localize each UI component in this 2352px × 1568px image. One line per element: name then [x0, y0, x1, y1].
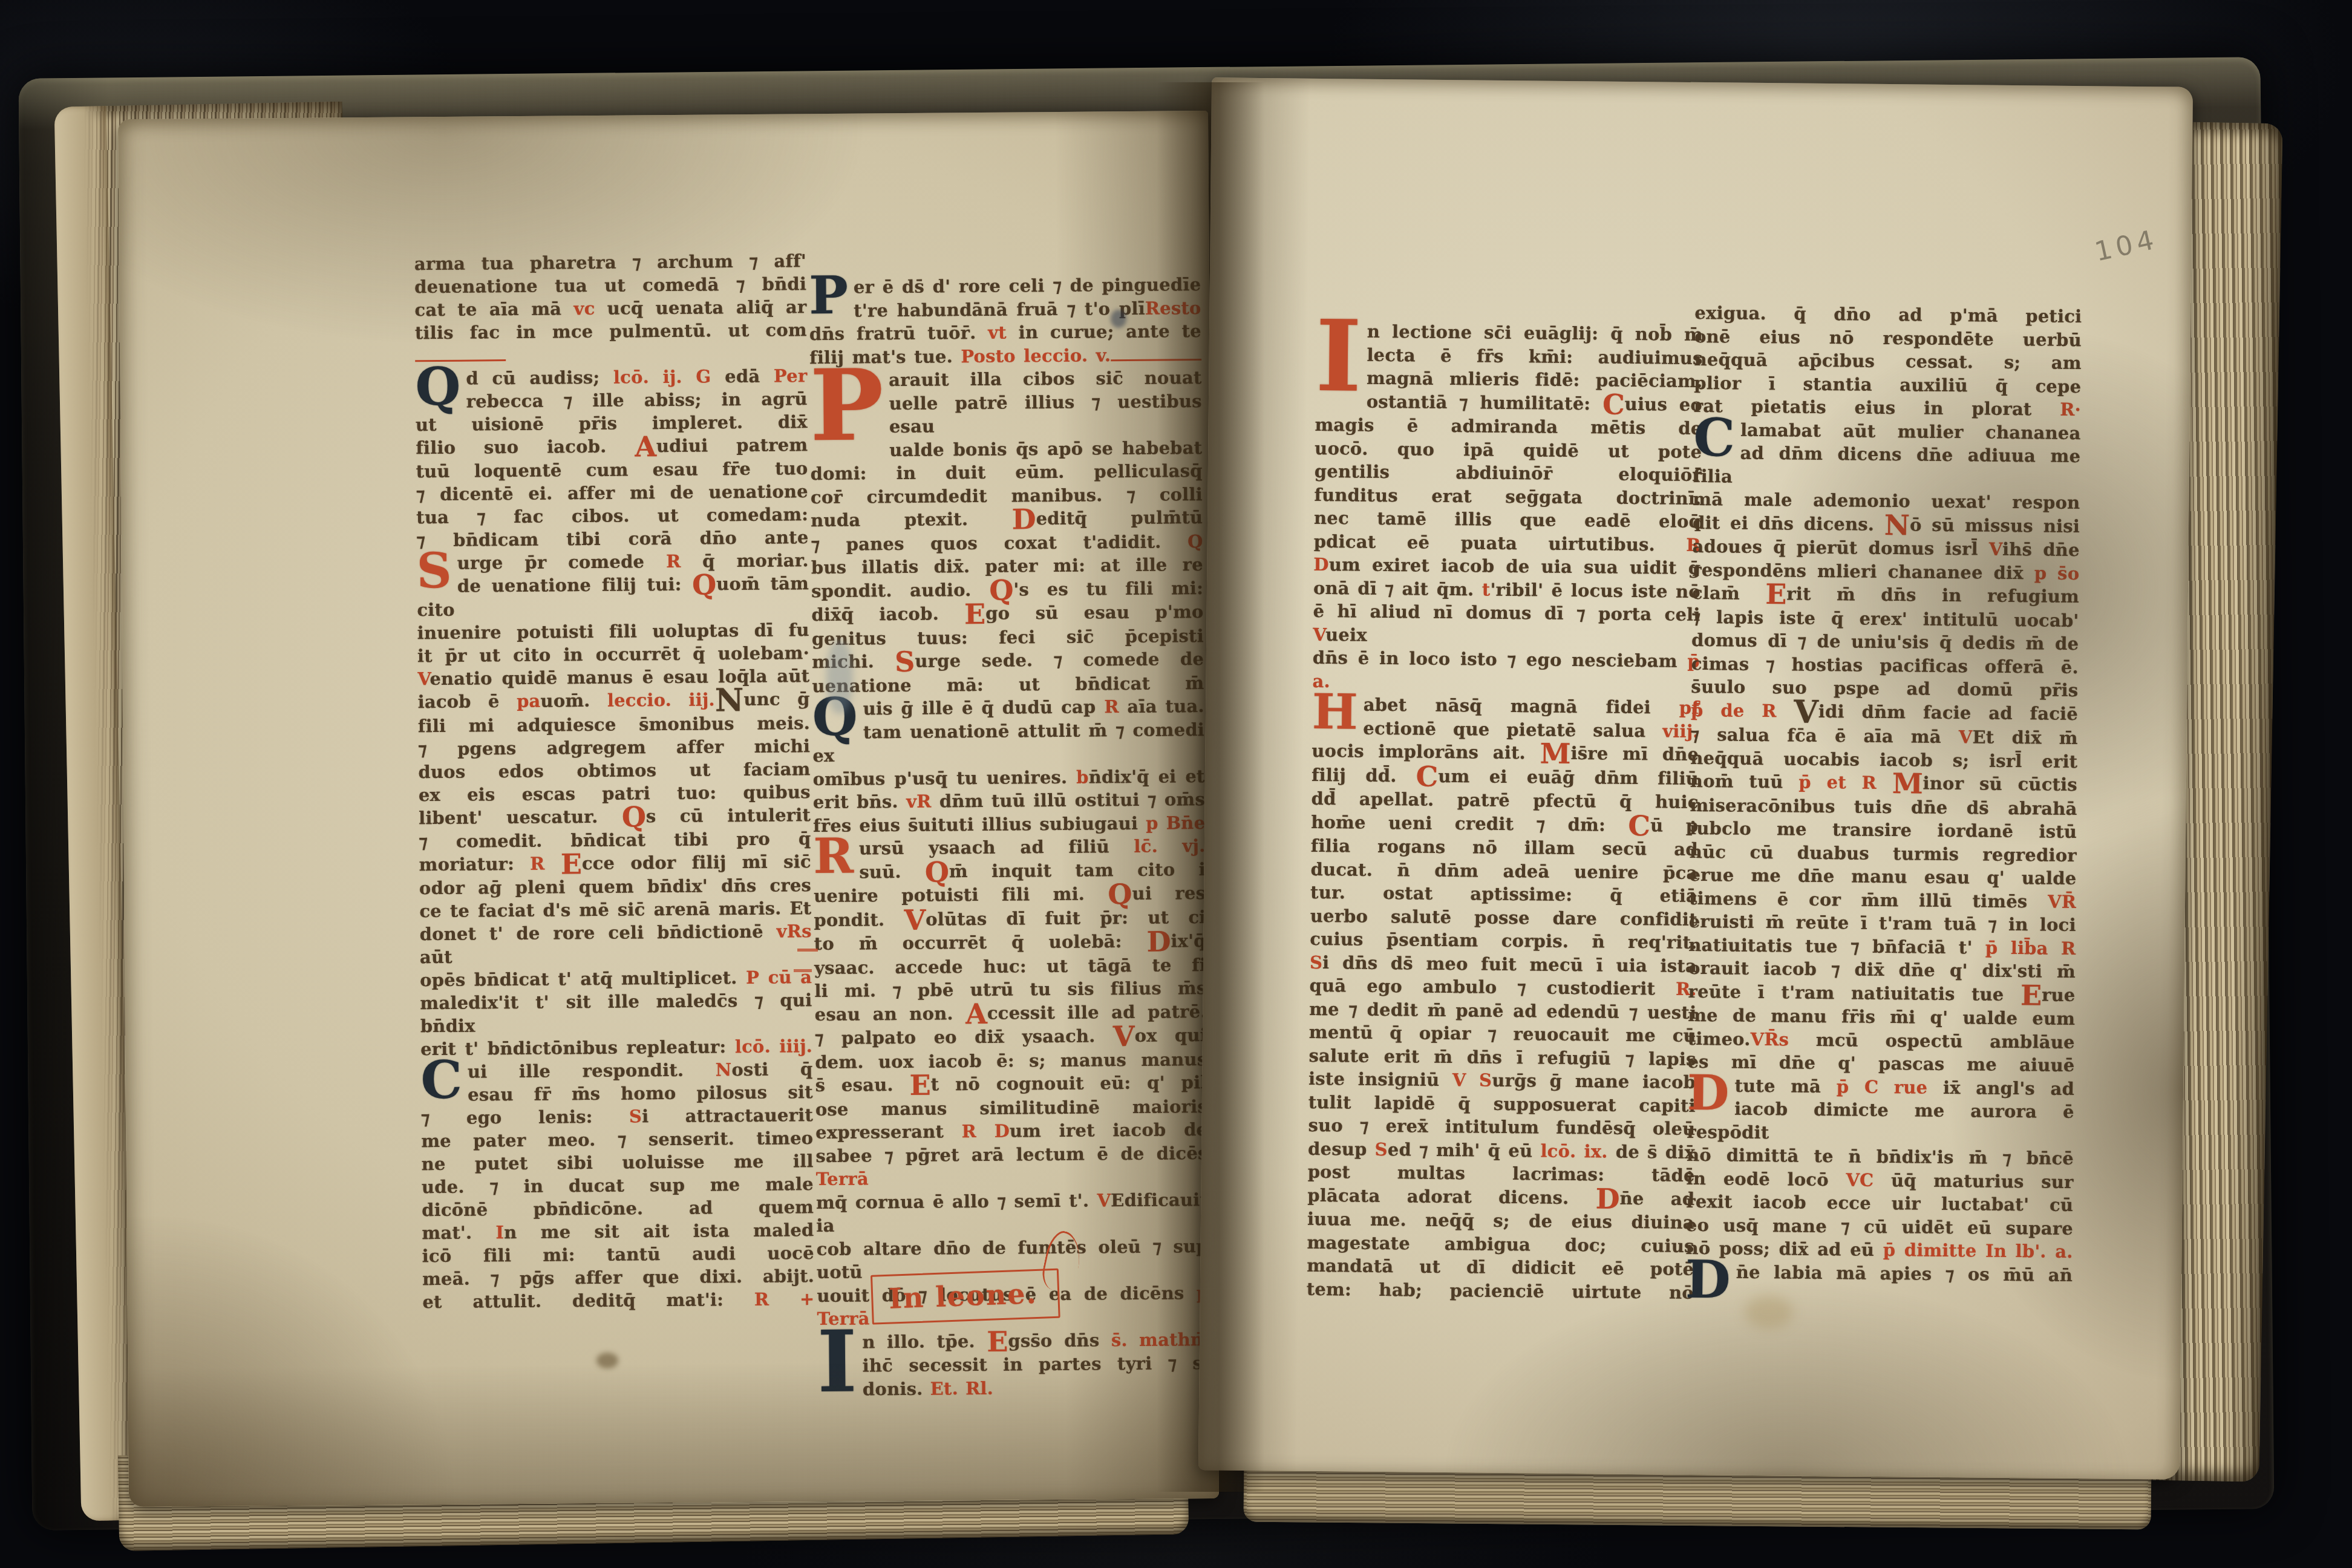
manuscript-line: cuius p̄sentiam corpis. n̄ req'rit.	[1310, 927, 1697, 955]
rubric-text: V	[417, 668, 430, 689]
body-text	[1927, 1077, 1943, 1097]
body-text: dn̄s ē in loco isto ⁊ ego nesciebam	[1313, 647, 1688, 671]
manuscript-line: Dn̄e labia mā apies ⁊ os m̄ū an̄	[1685, 1259, 2073, 1287]
manuscript-line: plācata adorat dicens. Dn̄e ad	[1307, 1183, 1694, 1211]
initial-letter: Q	[812, 697, 858, 742]
manuscript-line: adoues q̄ pierūt domus isrl̄ Vihs̄ dn̄e	[1692, 535, 2079, 562]
manuscript-line: opēs bn̄dicat t' atq̄ multiplicet. P cū …	[420, 965, 812, 991]
manuscript-line: ectionē que pietatē salua viij.	[1312, 716, 1699, 743]
body-text: me ⁊ dedit m̄ panē ad edendū ⁊ uesti	[1309, 998, 1696, 1022]
body-text: s cū intulerit	[646, 805, 811, 826]
body-text: filij dd̄.	[1312, 764, 1416, 786]
manuscript-line: rat pietatis eius in plorat R·	[1694, 394, 2081, 422]
initial-letter: P	[809, 368, 884, 459]
body-text: ⁊ dicentē ei. affer mi de uenatione	[416, 481, 808, 505]
body-text: rebecca ⁊ ille abiss; in agrū	[466, 388, 807, 411]
body-text: suū.	[859, 861, 925, 882]
manuscript-line: desup Sed ⁊ mih' q̄ eū lcō. ix. de s̄ di…	[1308, 1137, 1695, 1164]
body-text: deuenatione tua ut comedā ⁊ bn̄di	[414, 273, 806, 297]
body-text: ⁊ ego lenis:	[421, 1106, 629, 1129]
body-text: erit t' bn̄dictōnibus repleatur:	[420, 1036, 735, 1059]
manuscript-line: salute erit m̄ dn̄s ī refugiū ⁊ lapis	[1308, 1044, 1696, 1071]
manuscript-line: rexit iacob ecce uir luctabat' cū	[1686, 1190, 2073, 1217]
manuscript-line: quā ego ambulo ⁊ custodierit R.	[1310, 974, 1697, 1001]
catchword: In leone.	[871, 1269, 1060, 1325]
body-text: ursū ysaach ad filiū	[859, 836, 1134, 859]
initial-letter: Q	[692, 568, 717, 601]
manuscript-line: magnā mlieris fidē: paciēciam.	[1315, 366, 1702, 393]
body-text: cce odor filij mī sic̄	[582, 851, 811, 874]
rubric-text: Q	[1187, 531, 1203, 552]
rubric-text: V	[1959, 727, 1973, 747]
right-page-column-1: In lectione sc̄i euāglij: q̄ nob̄ m̄lect…	[1307, 319, 1704, 1304]
body-text: uenatione mā: ut bn̄dicat m̄	[812, 673, 1204, 696]
manuscript-line: iacob dimicte me aurora ē respōdit	[1687, 1097, 2074, 1147]
rubric-text: p s̄o	[2034, 563, 2080, 584]
manuscript-line: tilis fac in mce pulmentū. ut com	[415, 318, 808, 367]
manuscript-line: filij mat's tue. Posto leccio. v.	[809, 343, 1201, 370]
body-text: urge sede. ⁊ comede de	[915, 648, 1204, 671]
rubric-text: Per	[774, 365, 808, 386]
body-text: 'ribil' ē locus iste nō	[1490, 579, 1700, 601]
manuscript-line: magestate ambigua doc; cuius	[1307, 1230, 1694, 1258]
body-text: lamabat aūt mulier chananea	[1740, 419, 2081, 443]
body-text: ihc̄ secessit in partes tyri ⁊ si	[863, 1353, 1210, 1376]
manuscript-line: tuū loquentē cum esau fr̄e tuo	[416, 457, 808, 483]
body-text: tilis fac in mce pulmentū. ut com	[415, 319, 807, 343]
body-text: uom̄.	[540, 690, 607, 711]
manuscript-line: et attulit. deditq̄ mat'i: R +	[422, 1287, 814, 1313]
manuscript-line: ihc̄ secessit in partes tyri ⁊ si	[817, 1351, 1209, 1378]
body-text: t're habundānā fruā ⁊ t'o plī	[854, 298, 1145, 321]
manuscript-line: nec tamē illis que eadē eloq̄	[1314, 506, 1701, 534]
body-text: tua ⁊ fac cibos. ut comedam:	[416, 504, 808, 528]
body-text: urḡs ḡ mane iacob	[1492, 1070, 1696, 1093]
manuscript-line: plior ī stantia auxiliū q̄ cepe	[1694, 371, 2081, 398]
body-text: osti q̄	[731, 1059, 812, 1080]
body-text: eo usq̄ mane ⁊ cū uidēt eū supare	[1686, 1214, 2073, 1238]
manuscript-line: tua ⁊ fac cibos. ut comedam:	[416, 503, 808, 529]
manuscript-line: respondēns mlieri chananee dix̄ p s̄o	[1692, 558, 2079, 585]
body-text: er ē ds̄ d' rore celi ⁊ de pinguedīe	[854, 274, 1201, 298]
body-text	[1466, 1070, 1479, 1090]
rubric-text: vc	[573, 298, 595, 319]
rubric-text: V	[1313, 624, 1325, 644]
manuscript-line: neq̄quā uocabis iacob s; isrl̄ erit	[1690, 746, 2077, 773]
manuscript-line: timeo.VR̄s mcū ospectū amblāue	[1688, 1027, 2075, 1054]
manuscript-line: it p̄r ut cito in occurrēt q̄ uolebam·	[417, 641, 809, 667]
body-text: aūt	[420, 947, 452, 967]
initial-letter: I	[1315, 319, 1362, 410]
manuscript-line: dit ei dn̄s dicens. Nō sū missus nisi	[1693, 511, 2080, 538]
body-text: go sū esau p'mo	[985, 601, 1204, 624]
body-text: m̄ inquit tam cito i	[949, 859, 1206, 881]
manuscript-line: esau an non. Accessit ille ad patrē.	[815, 1000, 1207, 1027]
body-text: fili mi adquiesce s̄monibus meis.	[418, 713, 810, 736]
manuscript-line: uenire potuisti fili mi. Qui res	[814, 881, 1206, 909]
right-manuscript-page: 104 In lectione sc̄i euāglij: q̄ nob̄ m̄…	[1198, 77, 2193, 1479]
manuscript-line: Parauit illa cibos sic̄ nouat	[809, 366, 1201, 393]
body-text: to m̄ occurrēt q̄ uolebā:	[814, 931, 1147, 954]
body-text: idi dn̄m facie ad faciē	[1818, 701, 2079, 724]
manuscript-line: mentū q̄ opiar ⁊ reuocauit me cū	[1309, 1021, 1696, 1048]
rubric-text: R·	[2060, 399, 2081, 420]
rubric-text: V	[1452, 1070, 1466, 1090]
manuscript-line: ad dn̄m dicens dn̄e adiuua me filia	[1693, 441, 2081, 491]
manuscript-line: uerbo salutē posse dare confidit	[1310, 904, 1697, 931]
body-text: natiuitatis tue ⁊ bn̄faciā t'	[1688, 934, 1985, 958]
rubric-text: S	[629, 1106, 642, 1126]
body-text: icō fili mi: tantū audi uocē	[422, 1243, 814, 1266]
rubric-text: vRs	[777, 921, 812, 941]
manuscript-line: cor̄ circumdedit manibus. ⁊ colli	[811, 483, 1203, 509]
body-text: eruisti m̄ reūte ī t'ram tuā ⁊ in loci	[1689, 911, 2076, 935]
rubric-text: P cū a	[746, 967, 812, 988]
manuscript-line: omībus p'usq̄ tu uenires. bn̄dix'q̄ ei e…	[812, 765, 1204, 791]
body-text	[1976, 1240, 1985, 1261]
rubric-text: S	[1479, 1070, 1492, 1091]
manuscript-line: nūc cū duabus turmis regredior	[1690, 840, 2077, 867]
body-text: es mī dn̄e q' pascas me aiuuē	[1687, 1051, 2074, 1076]
body-text	[1777, 701, 1794, 721]
manuscript-line: nō dimittā te n̄ bn̄dix'is m̄ ⁊ bn̄cē	[1687, 1143, 2074, 1171]
manuscript-line: rebecca ⁊ ille abiss; in agrū	[416, 387, 808, 413]
manuscript-line: ⁊ palpato eo dix̄ ysaach. Vox qui	[815, 1024, 1207, 1051]
body-text: iacob dimicte me aurora ē respōdit	[1687, 1099, 2074, 1143]
body-text: pondit.	[814, 909, 904, 930]
initial-letter: H	[1312, 693, 1358, 736]
manuscript-line: dicōnē pbn̄dicōne. ad quem	[422, 1195, 814, 1221]
body-text: ui res	[1132, 883, 1206, 904]
rubric-text: Et. Rl.	[930, 1377, 994, 1399]
body-text: uius eo	[1625, 393, 1703, 414]
manuscript-line: cat te aīa mā vc ucq̄ uenata aliq̄ ar	[414, 295, 806, 321]
rubric-text: VR̄s	[1750, 1028, 1789, 1050]
body-text: ō sū missus nisi	[1910, 514, 2080, 537]
initial-letter: Q	[415, 367, 460, 411]
right-page-column-2: exigua. q̄ dn̄o ad p'mā peticionē eius n…	[1685, 301, 2082, 1307]
left-manuscript-page: arma tua pharetra ⁊ archum ⁊ aff'deuenat…	[118, 111, 1219, 1507]
manuscript-line: me pater meo. ⁊ senserit. timeo	[421, 1126, 813, 1152]
manuscript-line: suo ⁊ erex̄ intitulum fundēsq̄ oleū	[1308, 1114, 1695, 1141]
manuscript-line: ose manus similitudinē maioris	[815, 1095, 1207, 1122]
manuscript-line: ne putet sibi uoluisse me ill	[421, 1149, 813, 1175]
body-text: donet t' de rore celi bn̄dictionē	[419, 921, 776, 945]
body-text: in eodē locō	[1686, 1168, 1846, 1190]
body-text: salute erit m̄ dn̄s ī refugiū ⁊ lapis	[1308, 1045, 1696, 1069]
body-text: michi.	[812, 651, 895, 672]
rubric-text: vR	[906, 791, 932, 812]
body-text: nūc cū duabus turmis regredior	[1690, 841, 2077, 865]
rubric-text: N	[716, 1059, 732, 1080]
body-text: post multas lacrimas: tādē	[1308, 1161, 1695, 1186]
rubric-text: VC	[1846, 1169, 1873, 1190]
body-text: me pater meo. ⁊ senserit. timeo	[421, 1128, 813, 1151]
body-text: uenire potuisti fili mi.	[814, 883, 1108, 906]
manuscript-line: In illo. tp̄e. Egss̄o dn̄s s̄. mathm̄	[817, 1328, 1209, 1355]
body-text: ix̄ angl's ad	[1943, 1077, 2074, 1099]
body-text	[1877, 773, 1892, 793]
manuscript-line: tulit lapidē q̄ supposuerat capiti	[1308, 1090, 1696, 1117]
photo-background: { "page_number": "104", "colors": { "bac…	[0, 0, 2352, 1568]
rubric-text: leccio. iij.	[607, 689, 715, 710]
body-text: ⁊ panes quos coxat t'adidit.	[811, 531, 1187, 555]
body-text: rue	[2042, 984, 2076, 1005]
manuscript-line: dn̄s fratrū tuōr̄. vt in curue; ante te	[809, 319, 1201, 346]
body-text: timens ē cor m̄m illū timēs	[1689, 887, 2048, 912]
manuscript-line: ce te faciat d's mē sic̄ arenā maris. Et	[419, 897, 811, 923]
manuscript-line: iacob ē pauom̄. leccio. iij.Nunc ḡ	[417, 687, 809, 714]
manuscript-line: In lectione sc̄i euāglij: q̄ nob̄ m̄	[1316, 319, 1703, 347]
body-text: funditus erat seḡgata doctrinī.	[1314, 484, 1701, 508]
body-text: domi: in duit eūm. pelliculasq̄	[811, 460, 1203, 484]
body-text: n me sit ait ista maled	[504, 1220, 814, 1243]
body-text: 's es tu fili mi:	[1013, 578, 1203, 599]
manuscript-line: dem. uox iacob ē: s; manus manus	[815, 1048, 1207, 1074]
manuscript-line: fr̄es eius s̄uituti illius subiugaui p B…	[813, 811, 1205, 838]
initial-letter: D	[1685, 1259, 1731, 1304]
manuscript-line: pdicat eē puata uirtutibus. R	[1314, 529, 1701, 557]
manuscript-line: ⁊ ego lenis: Si attractauerit	[421, 1103, 813, 1129]
manuscript-line: deuenatione tua ut comedā ⁊ bn̄di	[414, 272, 806, 298]
manuscript-line: gentilis abdiuinōr̄ eloquiōr̄	[1315, 460, 1702, 487]
body-text: adoues q̄ pierūt domus isrl̄	[1693, 536, 1990, 560]
manuscript-line: Per ē ds̄ d' rore celi ⁊ de pinguedīe	[809, 273, 1201, 299]
manuscript-line: natiuitatis tue ⁊ bn̄faciā t' p̄ lib̄a R	[1688, 933, 2076, 960]
body-text: rexit iacob ecce uir luctabat' cū	[1686, 1191, 2073, 1215]
manuscript-line: domi: in duit eūm. pelliculasq̄	[811, 459, 1203, 486]
page-number: 104	[2092, 224, 2161, 267]
manuscript-line: Cui ille respondit. Nosti q̄	[420, 1057, 812, 1083]
manuscript-line: onē eius nō respondēte uerbū	[1694, 324, 2082, 351]
body-text: ucq̄ uenata aliq̄ ar	[595, 296, 806, 319]
manuscript-line: uocō. quo ipā quidē ut pote	[1315, 436, 1702, 463]
manuscript-line: domus dī ⁊ de uniu'sis q̄ dedis m̄ de	[1691, 629, 2079, 656]
manuscript-line: nuda ptexit. Deditq̄ pulm̄tū	[811, 506, 1203, 533]
body-text: donis.	[863, 1378, 930, 1399]
body-text: onē eius nō respondēte uerbū	[1694, 325, 2082, 350]
body-text: ne putet sibi uoluisse me ill	[421, 1151, 813, 1174]
body-text: esau an non.	[815, 1003, 966, 1025]
manuscript-line: hom̄e ueni credit ⁊ dm̄: Cū p	[1311, 810, 1698, 838]
body-text: quā ego ambulo ⁊ custodierit	[1310, 975, 1676, 999]
body-text: ducat. n̄ dn̄m adeā uenire p̄ca	[1310, 858, 1697, 883]
initial-letter: P	[809, 276, 848, 320]
body-text	[976, 1121, 995, 1142]
manuscript-line: erit bn̄s. vR dn̄m tuū illū ostitui ⁊ om…	[813, 788, 1205, 814]
manuscript-line: ⁊ pgens adgregem affer michi	[418, 734, 810, 760]
body-text: ūq̄ maturius sur	[1873, 1169, 2073, 1192]
body-text: dn̄m tuū illū ostitui ⁊ om̄s	[931, 789, 1205, 812]
body-text: lecta ē fr̄s km̄i: audiuimus	[1367, 344, 1703, 368]
body-text: omībus p'usq̄ tu uenires.	[812, 766, 1076, 789]
manuscript-line: sabee ⁊ pḡret arā lectum ē de dicēs Terr…	[815, 1142, 1208, 1191]
left-page-column-2: Per ē ds̄ d' rore celi ⁊ de pinguedīet'r…	[809, 273, 1210, 1401]
manuscript-line: exigua. q̄ dn̄o ad p'mā petici	[1694, 301, 2082, 328]
body-text: in curue; ante te	[1007, 321, 1201, 343]
rubric-text: vt	[988, 322, 1007, 343]
body-text: plior ī stantia auxiliū q̄ cepe	[1694, 372, 2081, 396]
body-text: tur. ostat aptissime: q̄ etiā	[1310, 882, 1697, 906]
manuscript-line: moriatur: R Ecce odor filij mī sic̄	[419, 850, 811, 877]
body-text: uis ḡ ille ē q̄ dudū cap	[863, 696, 1104, 719]
body-text: miseracōnibus tuis dn̄e ds̄ abrahā	[1690, 794, 2077, 818]
body-text: um ei euāḡ dn̄m filiū	[1438, 765, 1699, 788]
body-text: iuua me. neq̄q̄ s; de eius diuina	[1307, 1209, 1694, 1233]
rubric-text: Terrā	[816, 1168, 869, 1189]
body-text: magis ē admiranda mētis de	[1315, 414, 1702, 439]
manuscript-line: t're habundānā fruā ⁊ t'o plīResto	[809, 296, 1201, 323]
manuscript-line: tute mā p̄ C rue Dix̄ angl's ad	[1687, 1073, 2074, 1100]
rubric-text: Resto	[1145, 298, 1201, 319]
body-text: aīa tua.	[1119, 696, 1204, 717]
body-text: filia rogans nō illam secū ad	[1311, 835, 1698, 860]
body-text: esau fr̄ m̄s homo pilosus sit	[468, 1082, 813, 1105]
manuscript-line: p̄ de R Vidi dn̄m facie ad faciē	[1691, 698, 2078, 727]
body-text: tam uenationē attulit m̄ ⁊ comedi ex	[812, 719, 1204, 766]
body-text: nec tamē illis que eadē eloq̄	[1314, 508, 1701, 532]
body-text: uelle patrē illius ⁊ uestibus esau	[889, 391, 1201, 437]
body-text: is̄re mī dn̄e	[1570, 743, 1699, 765]
body-text: inuenire potuisti fili uoluptas dī fu	[417, 619, 809, 643]
body-text: s̄uulo suo pspe ad domū pr̄is	[1691, 676, 2078, 701]
manuscript-line: in eodē locō VC ūq̄ maturius sur	[1686, 1166, 2073, 1194]
body-text: hom̄e ueni credit ⁊ dm̄:	[1311, 811, 1628, 835]
rubric-text: p̄ C rue	[1837, 1076, 1928, 1097]
body-text: nom̄ tuū	[1690, 771, 1799, 792]
body-text: unc ḡ	[743, 688, 810, 710]
manuscript-line: li mi. ⁊ pbē utrū tu sis filius m̄s	[814, 976, 1206, 1003]
body-text: plācata adorat dicens.	[1307, 1184, 1596, 1208]
rubric-text: V	[1097, 1190, 1111, 1210]
manuscript-line: icō fili mi: tantū audi uocē	[422, 1241, 814, 1267]
body-text: clam̄	[1692, 583, 1766, 604]
manuscript-line: ē hī aliud nī domus dī ⁊ porta celi Vuei…	[1313, 599, 1700, 650]
body-text: expresserant	[815, 1121, 962, 1143]
manuscript-line: spondit. audio. Q's es tu fili mi:	[811, 577, 1203, 604]
body-text: i dn̄s ds̄ meo fuit mecū ī uia ista	[1322, 952, 1697, 976]
rubric-text: Posto leccio. v.	[961, 345, 1111, 367]
manuscript-line: ⁊ comedit. bn̄dicat tibi pro q̄	[419, 827, 811, 853]
body-text: ē hī aliud nī domus dī ⁊ porta celi	[1313, 601, 1700, 625]
manuscript-line: miseracōnibus tuis dn̄e ds̄ abrahā	[1690, 793, 2077, 820]
body-text: onā dī ⁊ ait q̄m.	[1313, 577, 1482, 599]
body-text: i attractauerit	[642, 1105, 813, 1126]
manuscript-line: filij dd̄. Cum ei euāḡ dn̄m filiū	[1312, 763, 1699, 791]
rubric-text: lcō. ix.	[1540, 1140, 1607, 1161]
body-text: nuda ptexit.	[811, 509, 1012, 531]
manuscript-line: lecta ē fr̄s km̄i: audiuimus	[1316, 342, 1703, 370]
body-text: reūte ī t'ram natiuitatis tue	[1688, 981, 2020, 1004]
rubric-underline	[415, 350, 506, 362]
initial-letter: I	[817, 1330, 857, 1399]
initial-letter: S	[417, 552, 452, 594]
manuscript-line: clam̄ Erit m̄ dn̄s in refugium	[1692, 581, 2079, 609]
left-page-column-1: arma tua pharetra ⁊ archum ⁊ aff'deuenat…	[414, 249, 815, 1313]
body-text: orauit iacob ⁊ dix̄ dn̄e q' dix'sti m̄	[1688, 958, 2076, 982]
body-text: t nō cognouit eū: q' pil	[931, 1072, 1207, 1095]
body-text: enatio quidē manus ē esau loq̄la aūt	[430, 665, 809, 689]
body-text: dix̄q̄ iacob.	[811, 603, 964, 625]
body-text: um iret iacob de	[1010, 1119, 1208, 1142]
body-text: opēs bn̄dicat t' atq̄ multiplicet.	[420, 967, 746, 990]
body-text: magnā mlieris fidē: paciēciam.	[1367, 368, 1703, 391]
rubric-text: pa	[517, 691, 541, 711]
body-text: ad dn̄m dicens dn̄e adiuua me filia	[1693, 443, 2081, 486]
manuscript-line: Clamabat aūt mulier chananea	[1693, 417, 2080, 445]
manuscript-line: ex eis escas patri tuo: quibus	[419, 780, 811, 806]
rubric-text: R +	[754, 1289, 815, 1310]
manuscript-line: Surge p̄r comede R q̄ moriar.	[417, 549, 809, 575]
manuscript-line: uenatione mā: ut bn̄dicat m̄	[812, 671, 1204, 698]
manuscript-line: de uenatione filij tui: Quom̄ tām cito	[417, 572, 809, 621]
body-text: iacob ē	[417, 691, 517, 712]
manuscript-line: iuua me. neq̄q̄ s; de eius diuina	[1307, 1207, 1694, 1235]
body-text: ex eis escas patri tuo: quibus	[419, 782, 811, 805]
manuscript-line: erit t' bn̄dictōnibus repleatur: lcō. ii…	[420, 1034, 812, 1060]
manuscript-line: eo usq̄ mane ⁊ cū uidēt eū supare	[1686, 1213, 2073, 1240]
body-text: ueix	[1325, 624, 1367, 645]
manuscript-line: ude. ⁊ in ducat sup me male	[422, 1172, 814, 1198]
body-text: sabee ⁊ pḡret arā lectum ē de dicēs	[815, 1143, 1207, 1166]
body-text: neq̄quā uocabis iacob s; isrl̄ erit	[1690, 747, 2077, 771]
rubric-text: In lb'. a.	[1985, 1241, 2073, 1262]
body-text: n̄e ad	[1619, 1187, 1694, 1209]
body-text: ⁊ comedit. bn̄dicat tibi pro q̄	[419, 828, 811, 852]
manuscript-line: dix̄q̄ iacob. Ego sū esau p'mo	[811, 600, 1203, 627]
body-text: filio suo iacob.	[416, 436, 635, 458]
body-text: ualde bonis q̄s apō se habebat	[889, 437, 1202, 460]
manuscript-line: maledix'it t' sit ille maledc̄s ⁊ qui bn…	[420, 988, 812, 1037]
manuscript-line: tam uenationē attulit m̄ ⁊ comedi ex	[812, 718, 1205, 768]
body-text: ut uisionē pr̄is impleret. dix̄	[416, 411, 808, 435]
body-text: ox qui	[1134, 1025, 1207, 1046]
body-text: dn̄s fratrū tuōr̄.	[809, 322, 988, 344]
body-text: edā	[711, 366, 774, 387]
manuscript-line: expresserant R Dum iret iacob de	[815, 1118, 1207, 1145]
manuscript-line: Rursū ysaach ad filiū lc̄. vj.	[813, 834, 1205, 861]
manuscript-line: Venatio quidē manus ē esau loq̄la aūt	[417, 664, 809, 690]
body-text: filij mat's tue.	[809, 346, 961, 368]
manuscript-line: filia rogans nō illam secū ad	[1311, 834, 1698, 861]
body-text: ce te faciat d's mē sic̄ arenā maris. Et	[419, 898, 811, 921]
manuscript-line: Qd cū audiss; lcō. ij. G edā Per	[415, 364, 807, 390]
rubric-text: lc̄. vj.	[1134, 835, 1205, 857]
manuscript-line: michi. Surge sede. ⁊ comede de	[812, 647, 1204, 675]
body-text: gentilis abdiuinōr̄ eloquiōr̄	[1315, 461, 1702, 485]
manuscript-line: ostantiā ⁊ humilitatē: Cuius eo	[1315, 389, 1702, 417]
manuscript-line: libent' uescatur. Qs cū intulerit	[419, 803, 811, 830]
body-text: de s̄ dix̄	[1607, 1141, 1695, 1162]
manuscript-line: cimas ⁊ hostias pacificas offerā ē.	[1691, 652, 2079, 679]
rubric-text: p̄ dimitte	[1883, 1240, 1977, 1261]
body-text: editq̄ pulm̄tū	[1036, 507, 1203, 529]
body-text: arauit illa cibos sic̄ nouat	[889, 367, 1201, 390]
manuscript-line: ducat. n̄ dn̄m adeā uenire p̄ca	[1310, 857, 1697, 884]
body-text: nō dimittā te n̄ bn̄dix'is m̄ ⁊ bn̄cē	[1687, 1145, 2074, 1169]
rubric-text: lcō. ij. G	[613, 366, 711, 387]
body-text: abet nāsq̄ magnā fidei	[1364, 694, 1680, 718]
manuscript-line: ut uisionē pr̄is impleret. dix̄	[416, 410, 808, 436]
manuscript-line: es mī dn̄e q' pascas me aiuuē	[1687, 1050, 2074, 1077]
body-text: pdicat eē puata uirtutibus.	[1314, 531, 1687, 555]
rubric-text: S	[1310, 952, 1322, 972]
initial-letter: C	[420, 1060, 462, 1105]
rubric-text: VR̄	[2048, 891, 2076, 912]
body-text: spondit. audio.	[811, 579, 989, 601]
rubric-text: D	[994, 1121, 1010, 1142]
body-text: ⁊ lapis iste q̄ erex' intitulū uocab'	[1691, 606, 2079, 630]
